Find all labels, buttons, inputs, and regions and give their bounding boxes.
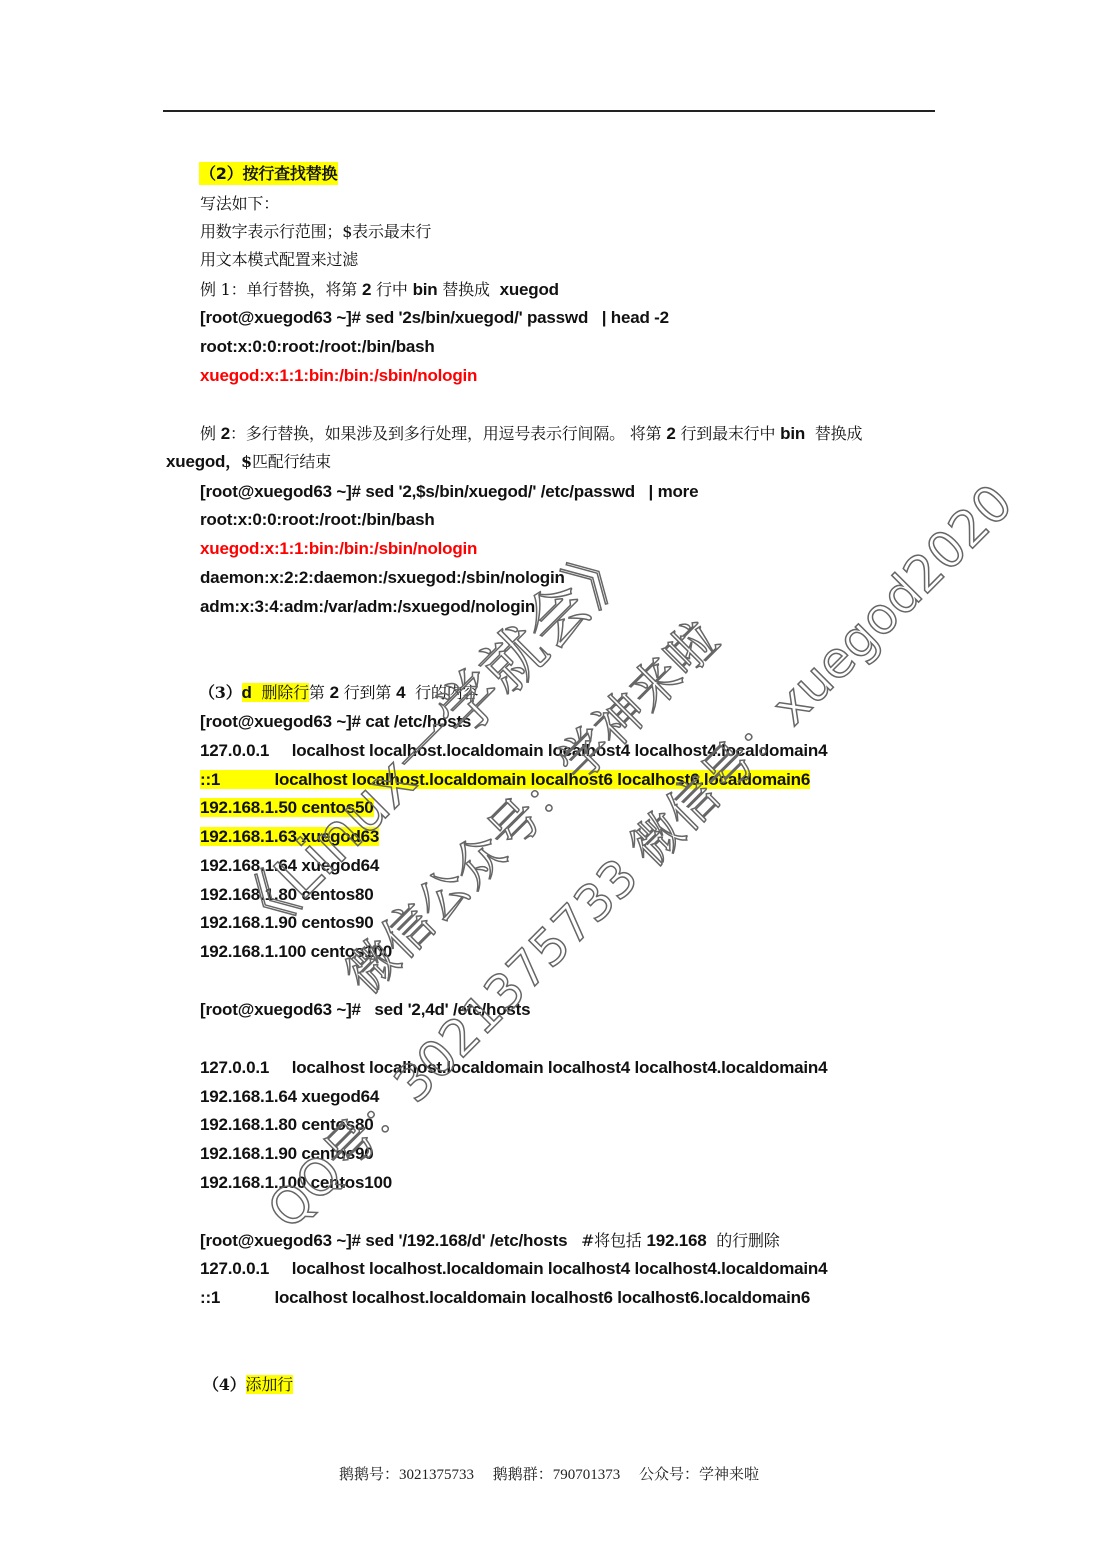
output-line: xuegod:x:1:1:bin:/bin:/sbin/nologin bbox=[200, 537, 477, 561]
output-line: 192.168.1.80 centos80 bbox=[200, 1113, 374, 1137]
output-line: 192.168.1.90 centos90 bbox=[200, 1142, 374, 1166]
header-rule bbox=[163, 110, 935, 112]
output-line: 192.168.1.64 xuegod64 bbox=[200, 1085, 379, 1109]
output-line: 192.168.1.63 xuegod63 bbox=[200, 825, 379, 849]
output-line: ::1 localhost localhost.localdomain loca… bbox=[200, 768, 810, 792]
output-line: 192.168.1.90 centos90 bbox=[200, 911, 374, 935]
output-line: 192.168.1.50 centos50 bbox=[200, 796, 374, 820]
output-line: xuegod:x:1:1:bin:/bin:/sbin/nologin bbox=[200, 364, 477, 388]
delete-command: [root@xuegod63 ~]# sed '2,4d' /etc/hosts bbox=[200, 998, 530, 1022]
output-line: 127.0.0.1 localhost localhost.localdomai… bbox=[200, 739, 827, 763]
output-line: 192.168.1.100 centos100 bbox=[200, 1171, 392, 1195]
example2-command: [root@xuegod63 ~]# sed '2,$s/bin/xuegod/… bbox=[200, 480, 698, 504]
output-line: root:x:0:0:root:/root:/bin/bash bbox=[200, 508, 435, 532]
example1-command: [root@xuegod63 ~]# sed '2s/bin/xuegod/' … bbox=[200, 306, 669, 330]
output-line: 192.168.1.64 xuegod64 bbox=[200, 854, 379, 878]
section3-heading: （3）d 删除行第 2 行到第 4 行的内容 bbox=[199, 681, 478, 705]
output-line: 127.0.0.1 localhost localhost.localdomai… bbox=[200, 1257, 827, 1281]
pattern-command: [root@xuegod63 ~]# sed '/192.168/d' /etc… bbox=[200, 1229, 780, 1253]
section3-heading-highlight: d 删除行 bbox=[242, 683, 309, 702]
section2-heading-text: （2）按行查找替换 bbox=[199, 162, 338, 185]
output-line: ::1 localhost localhost.localdomain loca… bbox=[200, 1286, 810, 1310]
example1-title: 例 1：单行替换，将第 2 行中 bin 替换成 xuegod bbox=[200, 278, 559, 302]
output-line: root:x:0:0:root:/root:/bin/bash bbox=[200, 335, 435, 359]
cat-command: [root@xuegod63 ~]# cat /etc/hosts bbox=[200, 710, 471, 734]
output-line: 192.168.1.80 centos80 bbox=[200, 883, 374, 907]
section2-rule1: 用数字表示行范围；$表示最末行 bbox=[200, 220, 431, 244]
footer: 鹅鹅号：3021375733 鹅鹅群：790701373 公众号：学神来啦 bbox=[0, 1463, 1098, 1484]
section2-intro: 写法如下： bbox=[200, 192, 279, 216]
section2-heading: （2）按行查找替换 bbox=[199, 162, 338, 186]
example2-title-line2: xuegod，$匹配行结束 bbox=[166, 450, 331, 474]
output-line: 192.168.1.100 centos100 bbox=[200, 940, 392, 964]
output-line: daemon:x:2:2:daemon:/sxuegod:/sbin/nolog… bbox=[200, 566, 565, 590]
section4-heading: （4）添加行 bbox=[203, 1373, 293, 1397]
section2-rule2: 用文本模式配置来过滤 bbox=[200, 248, 358, 272]
output-line: adm:x:3:4:adm:/var/adm:/sxuegod/nologin bbox=[200, 595, 535, 619]
example2-title-line1: 例 2：多行替换，如果涉及到多行处理，用逗号表示行间隔。 将第 2 行到最末行中… bbox=[200, 422, 862, 446]
output-line: 127.0.0.1 localhost localhost.localdomai… bbox=[200, 1056, 827, 1080]
